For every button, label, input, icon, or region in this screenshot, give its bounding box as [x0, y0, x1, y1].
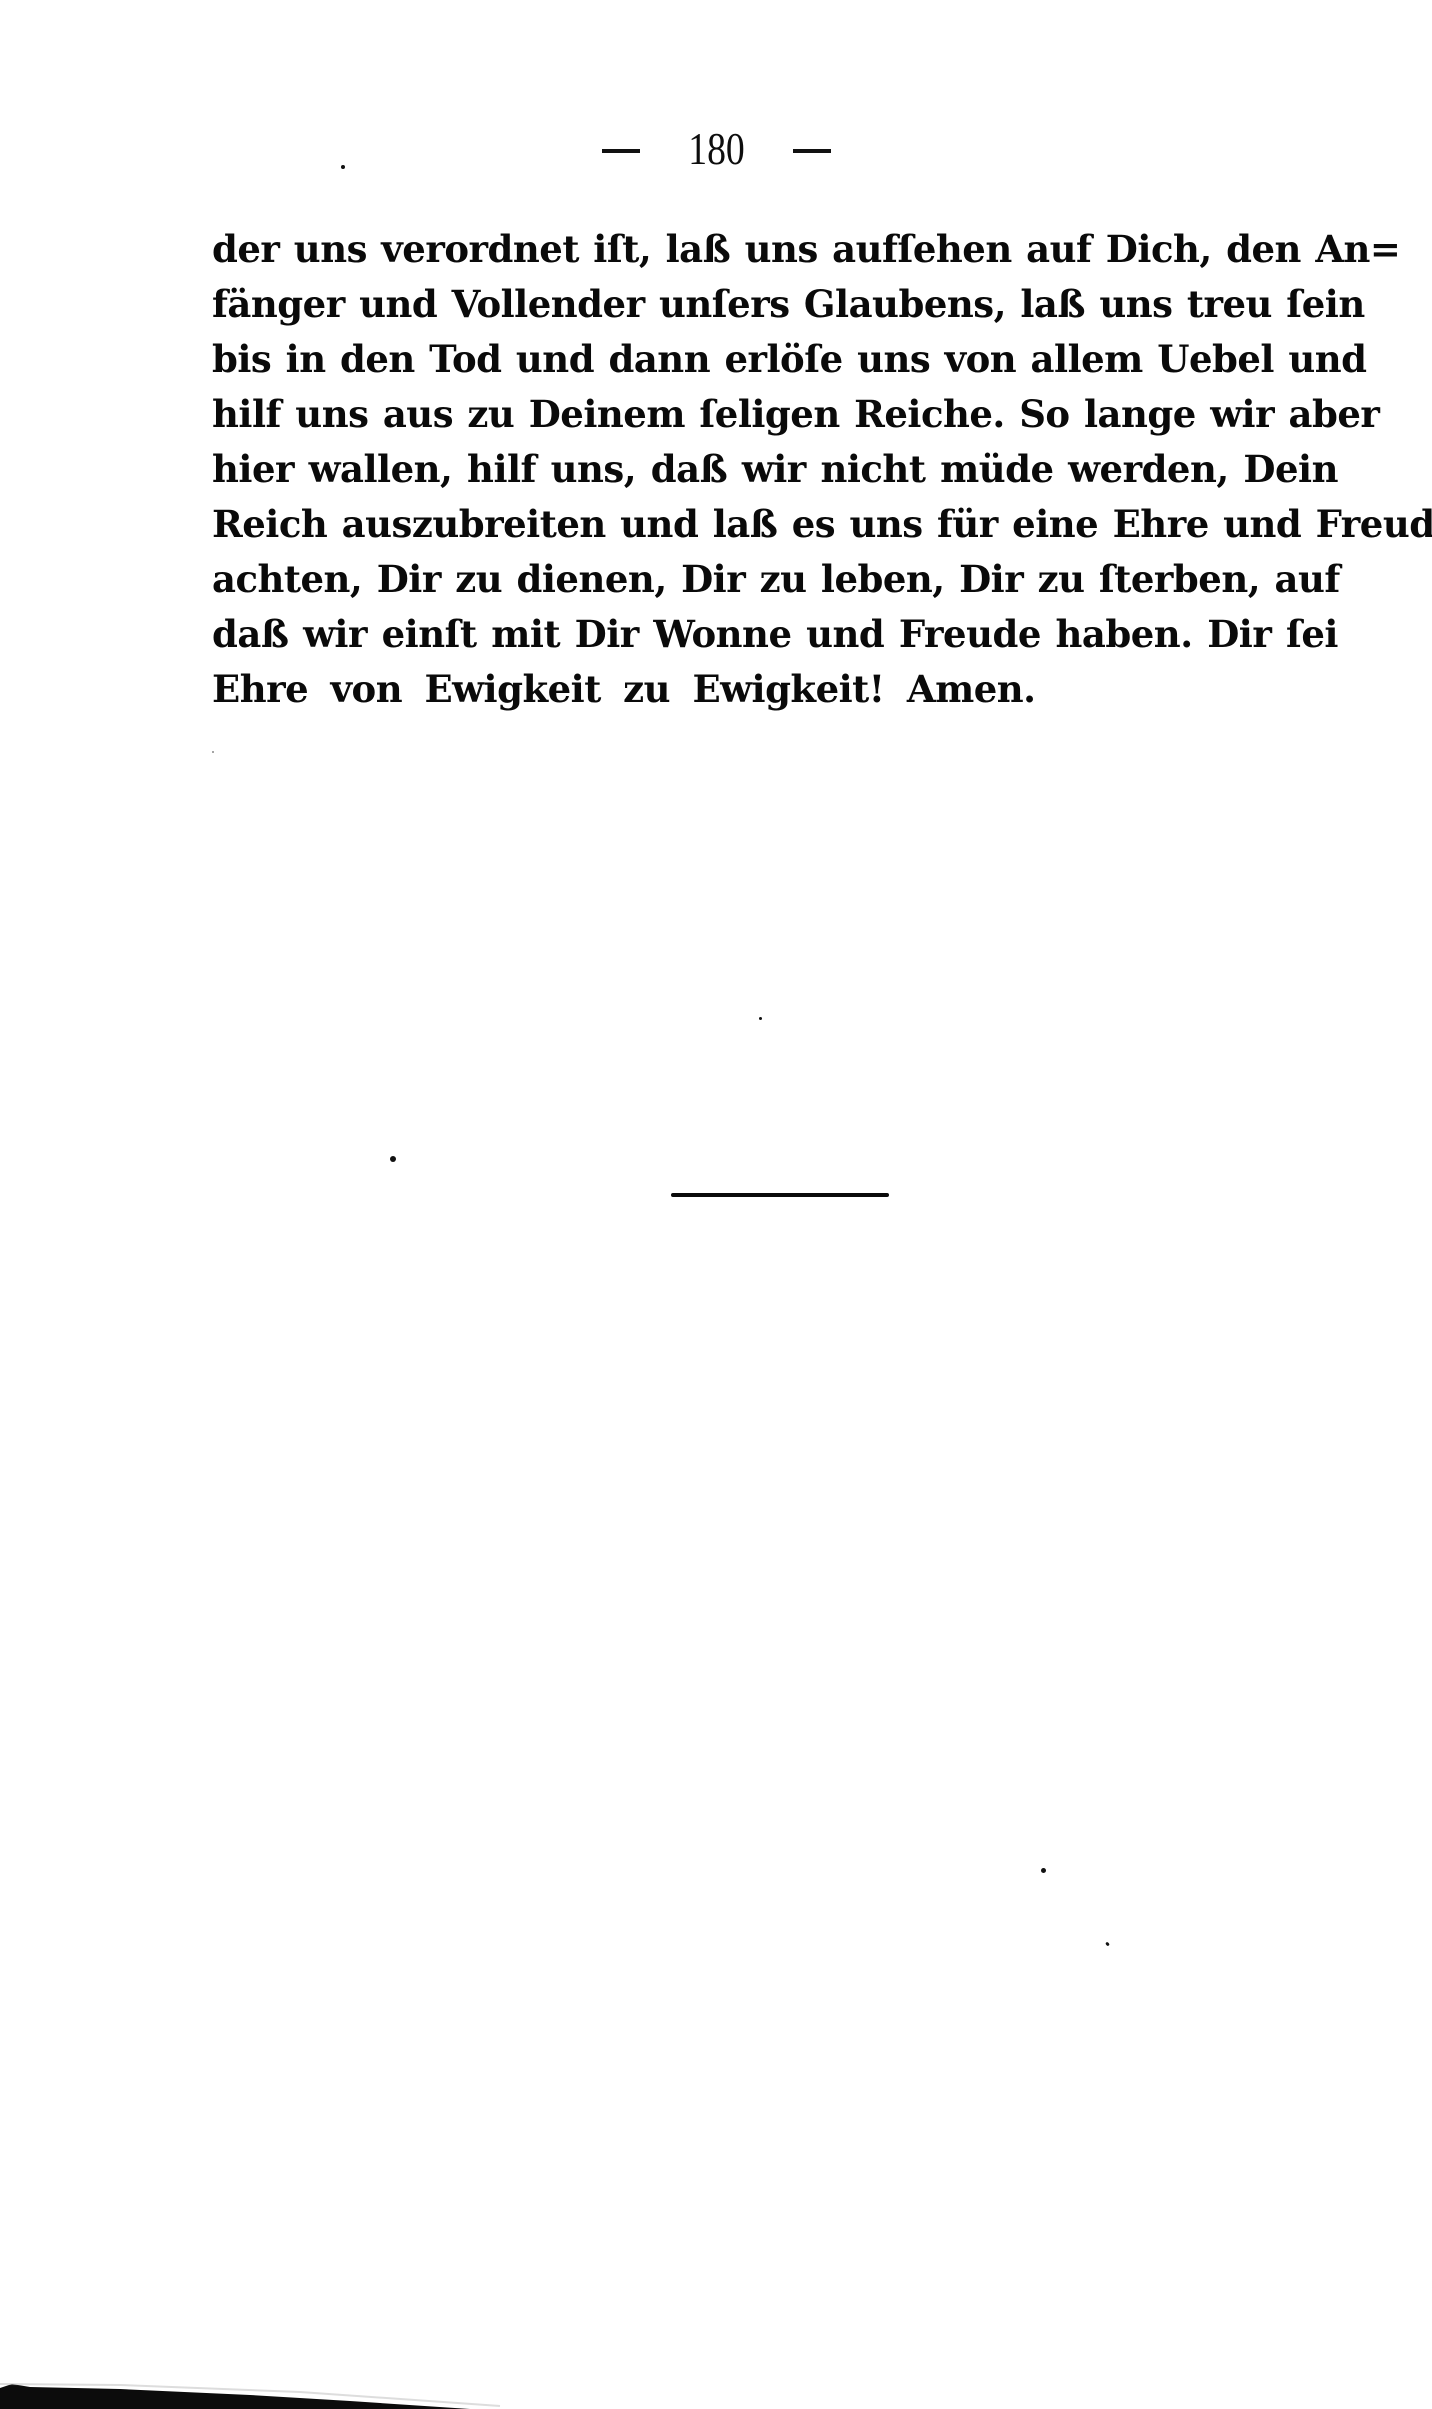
speck	[341, 165, 345, 169]
speck	[212, 751, 214, 753]
section-end-rule	[671, 1193, 889, 1197]
book-page: 180 der uns verordnet iſt, laß uns aufſe…	[0, 0, 1432, 2409]
text-line-3: bis in den Tod und dann erlöſe uns von a…	[212, 332, 1338, 387]
text-line-6: Reich auszubreiten und laß es uns für ei…	[212, 497, 1338, 552]
text-line-4: hilf uns aus zu Deinem ſeligen Reiche. S…	[212, 387, 1338, 442]
speck	[390, 1156, 396, 1162]
page-number: 180	[688, 124, 745, 174]
right-dash	[793, 149, 831, 153]
text-line-8: daß wir einſt mit Dir Wonne und Freude h…	[212, 607, 1338, 662]
text-line-2: fänger und Vollender unſers Glaubens, la…	[212, 277, 1338, 332]
text-line-1: der uns verordnet iſt, laß uns aufſehen …	[212, 222, 1338, 277]
left-dash	[602, 149, 640, 153]
page-edge-shadow	[0, 2380, 520, 2409]
speck	[1041, 1868, 1046, 1873]
text-line-9: Ehre von Ewigkeit zu Ewigkeit! Amen.	[212, 662, 1338, 717]
speck	[1105, 1942, 1110, 1947]
page-header: 180	[0, 124, 1432, 174]
prayer-text: der uns verordnet iſt, laß uns aufſehen …	[212, 222, 1338, 717]
text-line-7: achten, Dir zu dienen, Dir zu leben, Dir…	[212, 552, 1338, 607]
text-line-5: hier wallen, hilf uns, daß wir nicht müd…	[212, 442, 1338, 497]
speck	[759, 1017, 762, 1020]
